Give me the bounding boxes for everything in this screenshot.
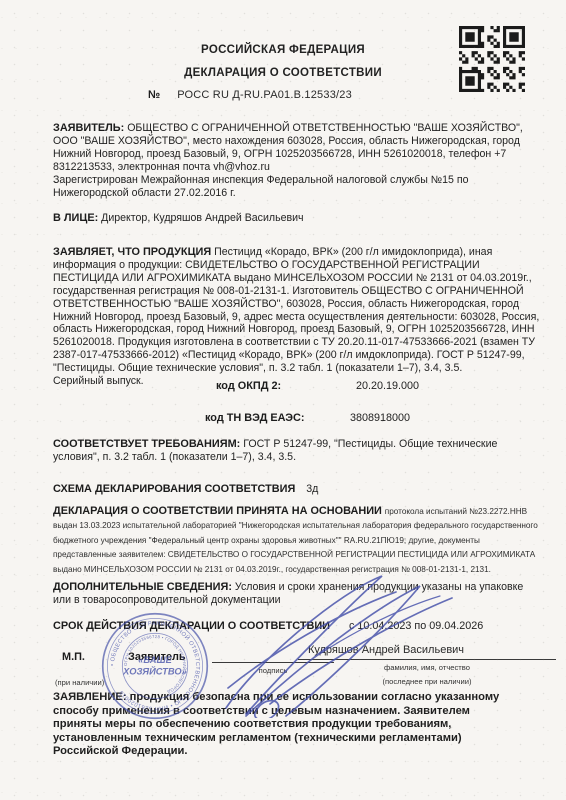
complies-paragraph: СООТВЕТСТВУЕТ ТРЕБОВАНИЯМ: ГОСТ Р 51247-…	[53, 438, 503, 464]
applicant-text: ОБЩЕСТВО С ОГРАНИЧЕННОЙ ОТВЕТСТВЕННОСТЬЮ…	[53, 122, 523, 173]
okpd-code-value: 20.20.19.000	[356, 380, 419, 392]
basis-label: ДЕКЛАРАЦИЯ О СООТВЕТСТВИИ ПРИНЯТА НА ОСН…	[53, 505, 382, 517]
applicant-label: ЗАЯВИТЕЛЬ:	[53, 122, 124, 134]
additional-label: ДОПОЛНИТЕЛЬНЫЕ СВЕДЕНИЯ:	[53, 581, 232, 593]
validity-dates: с 10.04.2023 по 09.04.2026	[349, 620, 483, 632]
if-available-caption: (при наличии)	[55, 678, 104, 687]
additional-paragraph: ДОПОЛНИТЕЛЬНЫЕ СВЕДЕНИЯ: Условия и сроки…	[53, 581, 525, 607]
okpd-code-label: код ОКПД 2:	[216, 380, 281, 392]
declaration-number-row: № РОСС RU Д-RU.РА01.В.12533/23	[148, 89, 352, 101]
scheme-label: СХЕМА ДЕКЛАРИРОВАНИЯ СООТВЕТСТВИЯ	[53, 483, 295, 495]
in-person-label: В ЛИЦЕ:	[53, 212, 98, 224]
declares-text: Пестицид «Корадо, ВРК» (200 г/л имидокло…	[53, 246, 539, 374]
tnved-code-label: код ТН ВЭД ЕАЭС:	[205, 412, 305, 424]
company-stamp: • ОБЩЕСТВО С ОГРАНИЧЕННОЙ ОТВЕТСТВЕННОСТ…	[99, 610, 211, 722]
declares-label: ЗАЯВЛЯЕТ, ЧТО ПРОДУКЦИЯ	[53, 246, 211, 258]
applicant-paragraph: ЗАЯВИТЕЛЬ: ОБЩЕСТВО С ОГРАНИЧЕННОЙ ОТВЕТ…	[53, 122, 537, 199]
declaration-document: РОССИЙСКАЯ ФЕДЕРАЦИЯ ДЕКЛАРАЦИЯ О СООТВЕ…	[0, 0, 566, 800]
scheme-value: 3д	[306, 483, 318, 495]
number-label: №	[148, 89, 160, 101]
stamp-center-line2: ХОЗЯЙСТВО»	[122, 665, 187, 676]
stamp-place-label: М.П.	[62, 651, 85, 663]
in-person-row: В ЛИЦЕ: Директор, Кудряшов Андрей Василь…	[53, 212, 537, 225]
name-caption: фамилия, имя, отчество	[298, 663, 556, 672]
applicant-registration: Зарегистрирован Межрайонная инспекция Фе…	[53, 174, 537, 200]
signatory-name: Кудряшов Андрей Васильевич	[300, 644, 472, 656]
name-line	[298, 659, 556, 660]
name-caption-2: (последнее при наличии)	[298, 677, 556, 686]
scheme-row: СХЕМА ДЕКЛАРИРОВАНИЯ СООТВЕТСТВИЯ 3д	[53, 483, 537, 496]
complies-label: СООТВЕТСТВУЕТ ТРЕБОВАНИЯМ:	[53, 438, 240, 450]
stamp-center-line1: «ВАШЕ	[138, 655, 172, 665]
declares-paragraph: ЗАЯВЛЯЕТ, ЧТО ПРОДУКЦИЯ Пестицид «Корадо…	[53, 246, 545, 388]
serial-issue: Серийный выпуск.	[53, 375, 545, 388]
qr-code	[459, 26, 525, 92]
in-person-text: Директор, Кудряшов Андрей Васильевич	[101, 212, 303, 224]
tnved-code-value: 3808918000	[350, 412, 410, 424]
declaration-number: РОСС RU Д-RU.РА01.В.12533/23	[177, 89, 352, 101]
basis-paragraph: ДЕКЛАРАЦИЯ О СООТВЕТСТВИИ ПРИНЯТА НА ОСН…	[53, 505, 539, 577]
